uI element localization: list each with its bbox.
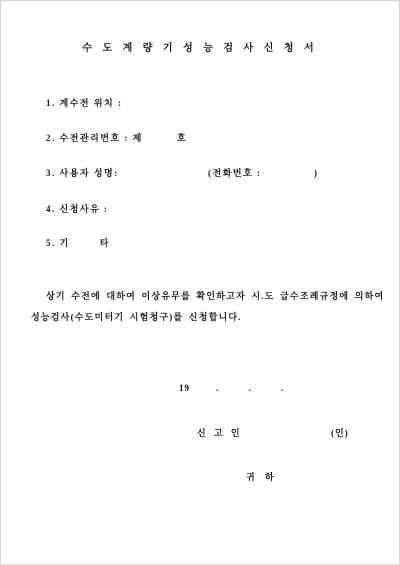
field-tap-location-label: 1. 계수전 위치 : <box>46 98 122 108</box>
field-etc: 5. 기타 <box>31 226 110 259</box>
field-management-number-suffix: 호 <box>177 133 187 143</box>
date-line: 19 . . . <box>179 383 284 393</box>
document-title: 수 도 계 량 기 성 능 검 사 신 청 서 <box>1 39 399 54</box>
field-application-reason: 4. 신청사유 : <box>31 192 109 225</box>
field-management-number-label: 2. 수전관리번호 : 제 <box>46 133 143 143</box>
field-etc-suffix: 타 <box>100 238 110 248</box>
field-application-reason-label: 4. 신청사유 : <box>46 204 109 214</box>
field-phone-number-label: (전화번호 : ) <box>208 168 319 178</box>
body-statement-line-2: 성능검사(수도미터기 시험청구)를 신청합니다. <box>31 310 242 323</box>
field-phone-number: (전화번호 : ) <box>193 156 319 189</box>
field-user-name: 3. 사용자 성명: <box>31 156 119 189</box>
seal-placeholder: (인) <box>331 426 349 439</box>
body-statement-line-1: 상기 수전에 대하여 이상유무를 확인하고자 시.도 급수조례규정에 의하여 <box>46 289 384 302</box>
application-form-page: 수 도 계 량 기 성 능 검 사 신 청 서 1. 계수전 위치 : 2. 수… <box>0 0 400 565</box>
field-tap-location: 1. 계수전 위치 : <box>31 86 122 119</box>
recipient-label: 귀 하 <box>246 470 278 483</box>
field-etc-label: 5. 기 <box>46 238 70 248</box>
applicant-label: 신 고 인 <box>197 426 243 439</box>
field-user-name-label: 3. 사용자 성명: <box>46 168 119 178</box>
field-management-number: 2. 수전관리번호 : 제호 <box>31 121 187 154</box>
